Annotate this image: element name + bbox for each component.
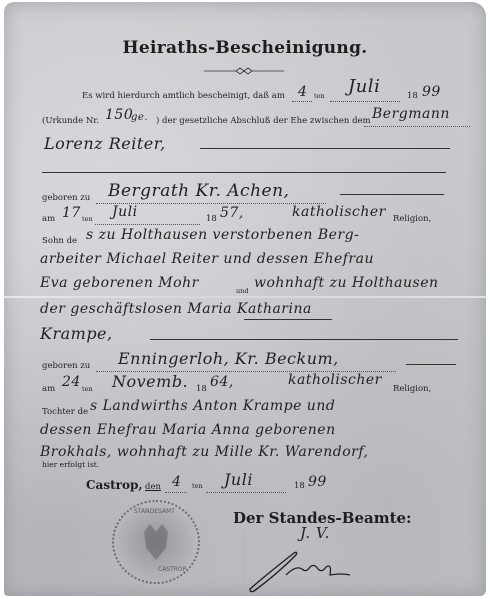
groom-birthplace: Bergrath Kr. Achen,	[108, 181, 289, 201]
fold-crease-vertical	[243, 530, 244, 596]
son-of-label: Sohn de	[42, 236, 77, 246]
bride-birth-day: 24	[62, 374, 81, 390]
issue-day: 4	[172, 474, 181, 490]
certification-statement: Es wird hierdurch amtlich bescheinigt, d…	[82, 91, 285, 101]
bride-birthplace: Enningerloh, Kr. Beckum,	[118, 349, 339, 368]
groom-parents-residence: wohnhaft zu Holthausen	[254, 275, 439, 291]
and-label: und	[236, 287, 249, 295]
bride-born-label: geboren zu	[42, 361, 90, 371]
issue-day-line	[165, 492, 187, 493]
bride-name-underline	[244, 319, 332, 320]
groom-parents-line-1: s zu Holthausen verstorbenen Berg-	[86, 227, 359, 243]
occupation-field-line	[364, 126, 470, 127]
day-field-line	[292, 101, 312, 102]
issue-place: Castrop,	[86, 478, 143, 492]
groom-born-label: geboren zu	[42, 193, 90, 203]
groom-day-suffix: ten	[82, 215, 93, 223]
bride-year-prefix: 18	[196, 384, 207, 394]
groom-birth-month: Juli	[112, 204, 138, 220]
month-field-line	[330, 101, 400, 102]
marriage-month: Juli	[348, 76, 380, 97]
bride-parents-line-1: s Landwirths Anton Krampe und	[90, 398, 335, 414]
groom-name: Lorenz Reiter,	[44, 134, 166, 153]
bride-surname: Krampe,	[40, 324, 113, 343]
record-number-note: ge.	[131, 112, 148, 123]
stamp-text-top: STANDESAMT	[134, 508, 175, 515]
closing-statement: hier erfolgt ist.	[42, 460, 99, 469]
registrar-signature	[246, 545, 356, 595]
issue-den-label: den	[145, 482, 161, 492]
groom-birthplace-fill	[340, 194, 444, 195]
groom-year-prefix: 18	[206, 214, 217, 224]
record-number-label: (Urkunde Nr.	[42, 116, 99, 126]
issue-day-suffix: ten	[192, 482, 203, 490]
bride-parents-line-2: dessen Ehefrau Maria Anna geborenen	[40, 422, 336, 438]
issue-month-line	[206, 492, 286, 493]
bride-am-label: am	[42, 384, 55, 394]
blank-line	[42, 172, 446, 173]
year-prefix: 18	[407, 91, 418, 101]
bride-birth-year: 64,	[210, 374, 234, 390]
marriage-year: 99	[422, 84, 441, 100]
day-suffix: ten	[314, 92, 325, 100]
bride-religion: katholischer	[288, 372, 382, 388]
bride-religion-label: Religion,	[393, 384, 431, 394]
document-title: Heiraths-Bescheinigung.	[0, 38, 490, 58]
bride-birthplace-fill	[406, 364, 456, 365]
groom-religion-label: Religion,	[393, 214, 431, 224]
bride-day-suffix: ten	[82, 385, 93, 393]
groom-religion: katholischer	[292, 204, 386, 220]
fold-crease-horizontal	[4, 296, 486, 298]
legal-statement: ) der gesetzliche Abschluß der Ehe zwisc…	[156, 116, 371, 126]
issue-month: Juli	[224, 470, 253, 489]
bride-birth-month: Novemb.	[112, 372, 188, 391]
issue-year: 99	[308, 474, 327, 490]
groom-birth-year: 57,	[220, 205, 244, 221]
registrar-initials: J. V.	[300, 524, 330, 542]
groom-month-line	[95, 224, 200, 225]
bride-surname-line	[150, 339, 458, 340]
groom-occupation: Bergmann	[372, 106, 450, 122]
marriage-day: 4	[298, 84, 307, 100]
groom-am-label: am	[42, 214, 55, 224]
groom-birth-day: 17	[62, 205, 81, 221]
groom-name-line	[200, 148, 450, 149]
title-ornament-icon	[204, 67, 284, 75]
bride-parents-line-3: Brokhals, wohnhaft zu Mille Kr. Warendor…	[40, 444, 368, 460]
bride-intro: der geschäftslosen Maria Katharina	[40, 301, 312, 317]
groom-parents-line-3: Eva geborenen Mohr	[40, 275, 199, 291]
daughter-of-label: Tochter de	[42, 407, 88, 417]
groom-parents-line-2: arbeiter Michael Reiter und dessen Ehefr…	[40, 251, 374, 267]
record-number: 150	[105, 107, 133, 123]
issue-year-prefix: 18	[294, 481, 305, 491]
official-seal-stamp: STANDESAMT CASTROP	[112, 500, 200, 584]
stamp-text-bottom: CASTROP	[158, 566, 186, 573]
